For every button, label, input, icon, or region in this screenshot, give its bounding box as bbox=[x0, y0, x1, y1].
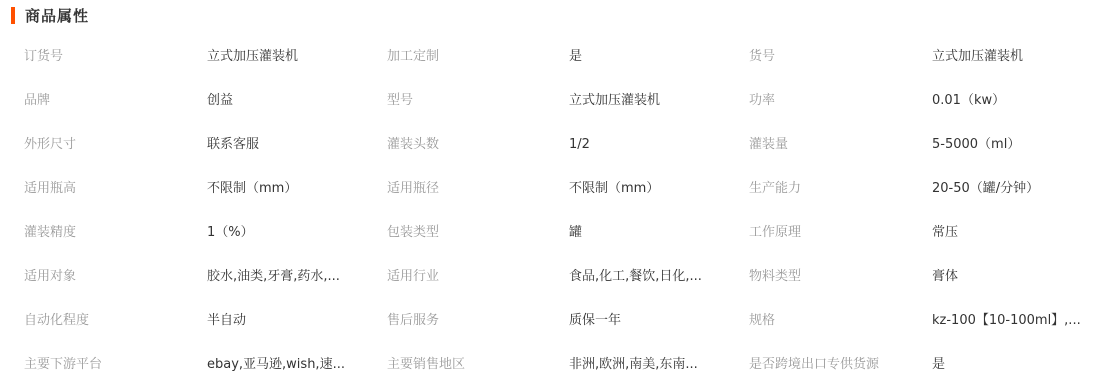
attribute-value: 非洲,欧洲,南美,东南... bbox=[569, 343, 739, 387]
attribute-value: kz-100【10-100ml】,... bbox=[932, 299, 1102, 343]
attribute-value: 半自动 bbox=[207, 299, 377, 343]
attribute-label: 外形尺寸 bbox=[24, 123, 199, 167]
attribute-label: 主要下游平台 bbox=[24, 343, 199, 387]
attribute-label: 物料类型 bbox=[749, 255, 924, 299]
attribute-value: 不限制（mm） bbox=[569, 167, 739, 211]
attribute-label: 售后服务 bbox=[387, 299, 562, 343]
attribute-label: 适用瓶径 bbox=[387, 167, 562, 211]
attribute-label: 加工定制 bbox=[387, 35, 562, 79]
attribute-label: 型号 bbox=[387, 79, 562, 123]
attribute-label: 灌装精度 bbox=[24, 211, 199, 255]
attribute-value: ebay,亚马逊,wish,速... bbox=[207, 343, 377, 387]
attribute-label: 包装类型 bbox=[387, 211, 562, 255]
attribute-value: 立式加压灌装机 bbox=[932, 35, 1102, 79]
attribute-label: 工作原理 bbox=[749, 211, 924, 255]
attribute-value: 食品,化工,餐饮,日化,... bbox=[569, 255, 739, 299]
attribute-row: 适用瓶高 不限制（mm） 适用瓶径 不限制（mm） 生产能力 20-50（罐/分… bbox=[0, 167, 1108, 211]
attribute-value: 联系客服 bbox=[207, 123, 377, 167]
attribute-row: 主要下游平台 ebay,亚马逊,wish,速... 主要销售地区 非洲,欧洲,南… bbox=[0, 343, 1108, 387]
attribute-value: 罐 bbox=[569, 211, 739, 255]
attribute-label: 生产能力 bbox=[749, 167, 924, 211]
attribute-value: 20-50（罐/分钟） bbox=[932, 167, 1102, 211]
attribute-label: 订货号 bbox=[24, 35, 199, 79]
attribute-label: 灌装头数 bbox=[387, 123, 562, 167]
attribute-label: 货号 bbox=[749, 35, 924, 79]
section-title: 商品属性 bbox=[25, 5, 89, 27]
attribute-value: 5-5000（ml） bbox=[932, 123, 1102, 167]
attribute-label: 功率 bbox=[749, 79, 924, 123]
attribute-value: 质保一年 bbox=[569, 299, 739, 343]
attribute-label: 品牌 bbox=[24, 79, 199, 123]
attribute-value: 立式加压灌装机 bbox=[569, 79, 739, 123]
attribute-value: 创益 bbox=[207, 79, 377, 123]
attribute-label: 灌装量 bbox=[749, 123, 924, 167]
attribute-row: 灌装精度 1（%） 包装类型 罐 工作原理 常压 bbox=[0, 211, 1108, 255]
attribute-value: 常压 bbox=[932, 211, 1102, 255]
attribute-label: 适用行业 bbox=[387, 255, 562, 299]
attribute-value: 立式加压灌装机 bbox=[207, 35, 377, 79]
attribute-value: 1/2 bbox=[569, 123, 739, 167]
attribute-value: 是 bbox=[569, 35, 739, 79]
attribute-label: 规格 bbox=[749, 299, 924, 343]
accent-bar bbox=[11, 7, 15, 24]
attribute-value: 是 bbox=[932, 343, 1102, 387]
attribute-value: 不限制（mm） bbox=[207, 167, 377, 211]
attribute-row: 外形尺寸 联系客服 灌装头数 1/2 灌装量 5-5000（ml） bbox=[0, 123, 1108, 167]
product-attributes-table: 订货号 立式加压灌装机 加工定制 是 货号 立式加压灌装机 品牌 创益 型号 立… bbox=[0, 35, 1108, 387]
attribute-row: 自动化程度 半自动 售后服务 质保一年 规格 kz-100【10-100ml】,… bbox=[0, 299, 1108, 343]
attribute-row: 品牌 创益 型号 立式加压灌装机 功率 0.01（kw） bbox=[0, 79, 1108, 123]
attribute-row: 订货号 立式加压灌装机 加工定制 是 货号 立式加压灌装机 bbox=[0, 35, 1108, 79]
attribute-label: 适用瓶高 bbox=[24, 167, 199, 211]
attribute-label: 自动化程度 bbox=[24, 299, 199, 343]
product-attributes-header: 商品属性 bbox=[0, 0, 1108, 32]
attribute-label: 适用对象 bbox=[24, 255, 199, 299]
attribute-row: 适用对象 胶水,油类,牙膏,药水,... 适用行业 食品,化工,餐饮,日化,..… bbox=[0, 255, 1108, 299]
attribute-label: 是否跨境出口专供货源 bbox=[749, 343, 924, 387]
attribute-label: 主要销售地区 bbox=[387, 343, 562, 387]
attribute-value: 膏体 bbox=[932, 255, 1102, 299]
attribute-value: 1（%） bbox=[207, 211, 377, 255]
attribute-value: 胶水,油类,牙膏,药水,... bbox=[207, 255, 377, 299]
attribute-value: 0.01（kw） bbox=[932, 79, 1102, 123]
